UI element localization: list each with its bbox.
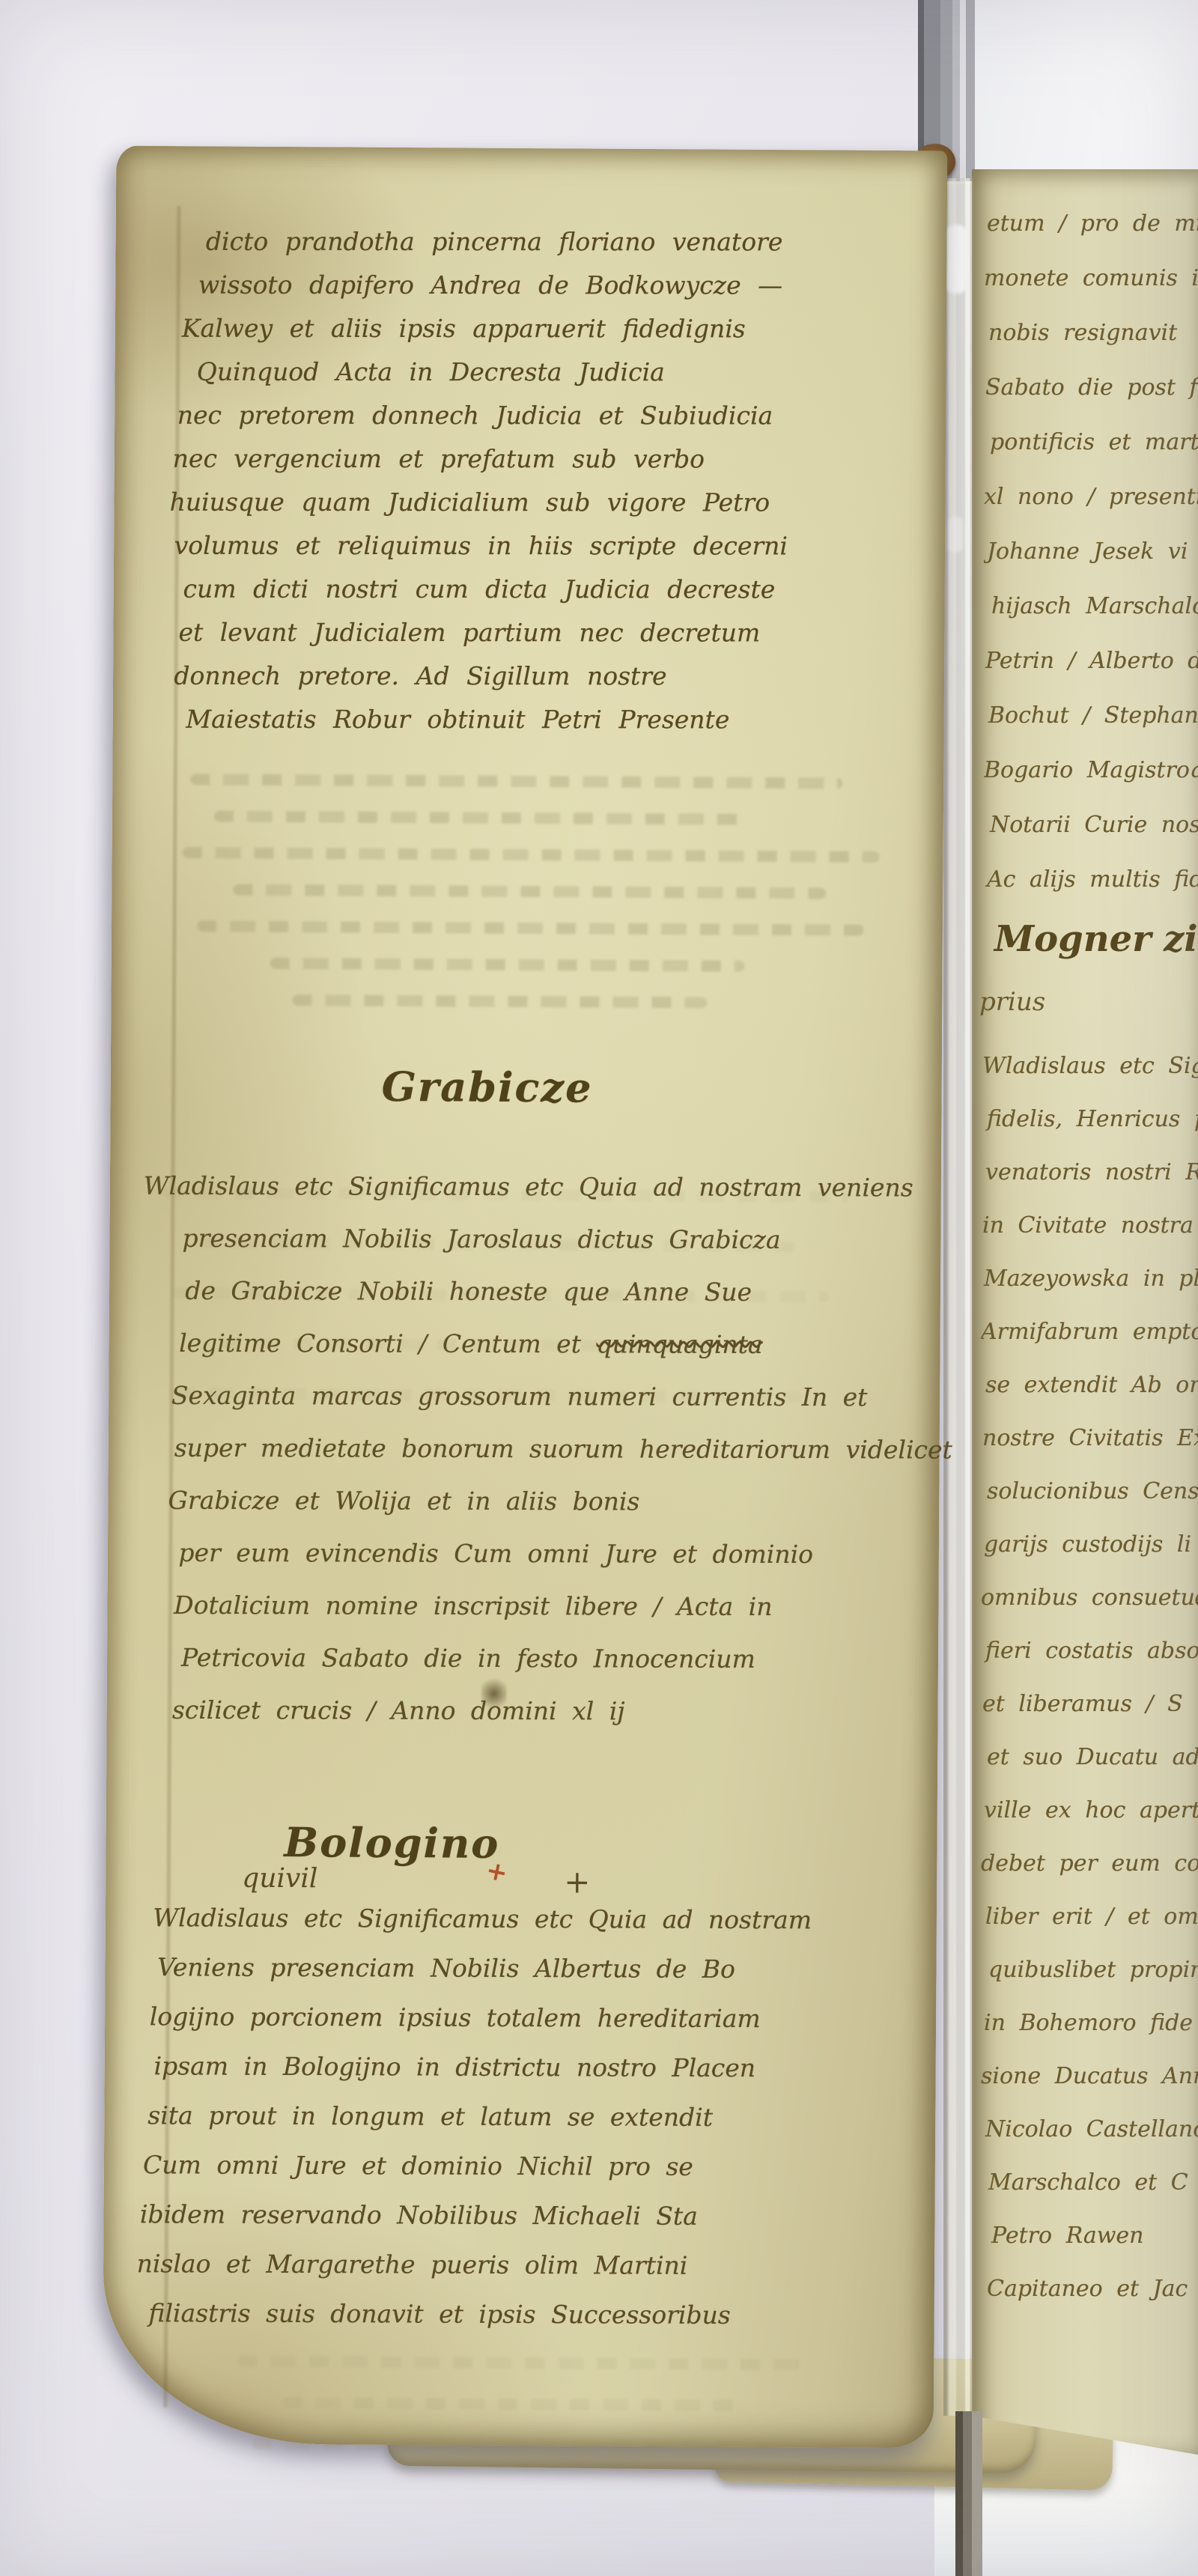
manuscript-line-fragment: in Civitate nostra Ra [982,1199,1198,1252]
manuscript-line-fragment: fieri costatis absol [985,1624,1198,1677]
ink-smudge [481,1676,507,1712]
manuscript-line: Wladislaus etc Significamus etc Quia ad … [153,1893,924,1945]
manuscript-line: legitime Consorti / Centum et quinquagin… [179,1317,937,1372]
manuscript-line: volumus et reliquimus in hiis scripte de… [174,524,928,568]
manuscript-line: huiusque quam Judicialium sub vigore Pet… [170,481,928,525]
manuscript-line-fragment: Petro Rawen [991,2209,1198,2262]
manuscript-line-fragment: Ac alijs multis fide [987,852,1198,907]
manuscript-line: et levant Judicialem partium nec decretu… [178,611,927,655]
manuscript-line-fragment: in Bohemoro fide [984,1996,1198,2050]
manuscript-line-segment: legitime Consorti / Centum et [179,1328,596,1358]
manuscript-line: presenciam Nobilis Jaroslaus dictus Grab… [182,1212,937,1267]
manuscript-line: Wladislaus etc Significamus etc Quia ad … [144,1160,937,1215]
manuscript-line-fragment: venatoris nostri Rawa [985,1146,1198,1199]
manuscript-line-fragment: se extendit Ab omni [985,1358,1198,1412]
manuscript-line-fragment: debet per eum costat [981,1837,1198,1890]
manuscript-line-fragment: Sabato die post fest [985,360,1198,415]
manuscript-line: filiastris suis donavit et ipsis Success… [148,2288,922,2341]
manuscript-line: super medietate bonorum suorum hereditar… [174,1422,937,1477]
glass-strip-middle [943,178,973,2416]
right-entry-body: Wladislaus etc Signifi fidelis, Henricus… [981,1039,1198,2315]
manuscript-line: ibidem reservando Nobilibus Michaeli Sta [140,2190,923,2242]
entry-heading-grabicze: Grabicze [382,1063,593,1112]
manuscript-line-fragment: liber erit / et omni [985,1890,1198,1943]
manuscript-line-fragment: Johanne Jesek vi [987,524,1198,579]
manuscript-line-fragment: sione Ducatus Ann [981,2050,1198,2103]
entry-paragraph-1: dicto prandotha pincerna floriano venato… [171,220,928,742]
right-entry-heading-subscript: prius [979,987,1045,1017]
manuscript-line-fragment: Capitaneo et Jac [987,2262,1198,2315]
manuscript-line-fragment: hijasch Marschalco [991,579,1198,634]
manuscript-line-fragment: Bochut / Stephano [988,688,1198,743]
backing-sheet-top [937,0,1198,184]
manuscript-line: Veniens presenciam Nobilis Albertus de B… [157,1942,924,1995]
manuscript-line-fragment: etum / pro de min [987,196,1198,251]
manuscript-line-fragment: et suo Ducatu ad [987,1731,1198,1784]
manuscript-line-fragment: Bogario Magistroque [984,743,1198,798]
manuscript-line-fragment: solucionibus Censibus c [987,1465,1198,1518]
manuscript-line: Sexaginta marcas grossorum numeri curren… [171,1370,937,1424]
manuscript-line: Cum omni Jure et dominio Nichil pro se [143,2140,923,2193]
manuscript-line-fragment: fidelis, Henricus pro [987,1093,1198,1146]
manuscript-line-fragment: Mazeyowska in platea [984,1252,1198,1305]
manuscript-line: de Grabicze Nobili honeste que Anne Sue [185,1265,937,1319]
manuscript-line-fragment: Armifabrum empto [981,1305,1198,1358]
right-page: etum / pro de min monete comunis in p no… [972,169,1198,2455]
manuscript-line: Petricovia Sabato die in festo Innocenci… [181,1632,936,1686]
manuscript-line: sita prout in longum et latum se extendi… [148,2091,923,2143]
manuscript-line-fragment: garijs custodijs li [984,1518,1198,1571]
ink-bleedthrough-upper [180,774,922,1009]
manuscript-line: donnech pretore. Ad Sigillum nostre [174,654,927,699]
manuscript-line: Grabicze et Wolija et in aliis bonis [168,1474,936,1529]
manuscript-line-fragment: Marschalco et C [988,2156,1198,2209]
entry-heading-bologino: Bologino [284,1818,499,1868]
manuscript-line: scilicet crucis / Anno domini xl ij [172,1684,936,1739]
glass-highlight-2 [948,517,963,553]
manuscript-line-fragment: omnibus consuetudinibus [981,1571,1198,1624]
manuscript-line-fragment: nobis resignavit [988,306,1198,360]
manuscript-line-fragment: pontificis et martiris [990,415,1198,470]
left-page: dicto prandotha pincerna floriano venato… [103,146,948,2449]
right-entry-heading: Mogner zibro [994,918,1198,960]
manuscript-line-fragment: Notarii Curie nostre / e [990,798,1198,852]
manuscript-line-fragment: Wladislaus etc Signifi [982,1039,1198,1093]
right-entry-continuation: etum / pro de min monete comunis in p no… [984,196,1198,907]
manuscript-line-fragment: quibuslibet propinare [988,1943,1198,1996]
manuscript-line: Kalwey et aliis ipsis apparuerit fidedig… [182,307,928,351]
struck-through-word: quinquaginta [596,1329,762,1359]
marginal-note: quivil [242,1863,317,1895]
manuscript-line: dicto prandotha pincerna floriano venato… [206,220,928,264]
manuscript-line: Dotalicium nomine inscripsit libere / Ac… [174,1579,936,1634]
entry-paragraph-3: Wladislaus etc Significamus etc Quia ad … [121,1893,924,2341]
manuscript-line-fragment: Nicolao Castellano [985,2103,1198,2156]
manuscript-line-fragment: xl nono / presentibus [984,470,1198,524]
manuscript-line: Maiestatis Robur obtinuit Petri Presente [186,698,927,742]
manuscript-line: ipsam in Bologijno in districtu nostro P… [153,2041,923,2094]
manuscript-line-fragment: monete comunis in p [984,251,1198,306]
manuscript-line: logijno porcionem ipsius totalem heredit… [150,1992,924,2044]
manuscript-line: wissoto dapifero Andrea de Bodkowycze — [198,264,928,308]
entry-paragraph-2: Wladislaus etc Significamus etc Quia ad … [142,1160,937,1739]
manuscript-line-fragment: et liberamus / S [982,1677,1198,1731]
manuscript-line-fragment: Petrin / Alberto de [985,634,1198,688]
manuscript-line: per eum evincendis Cum omni Jure et domi… [178,1527,936,1582]
glass-strip-bottom [955,2411,982,2576]
manuscript-line: nislao et Margarethe pueris olim Martini [137,2239,923,2291]
manuscript-line: nec pretorem donnech Judicia et Subiudic… [177,394,928,438]
manuscript-line-fragment: ville ex hoc apert [984,1784,1198,1837]
ink-bleedthrough-lower [222,2356,897,2453]
manuscript-photo: etum / pro de min monete comunis in p no… [0,0,1198,2576]
glass-highlight [946,225,966,294]
manuscript-line: cum dicti nostri cum dicta Judicia decre… [183,568,928,612]
manuscript-line: Quinquod Acta in Decresta Judicia [197,350,928,395]
manuscript-line-fragment: nostre Civitatis Exact [982,1412,1198,1465]
manuscript-line: nec vergencium et prefatum sub verbo [173,437,928,482]
